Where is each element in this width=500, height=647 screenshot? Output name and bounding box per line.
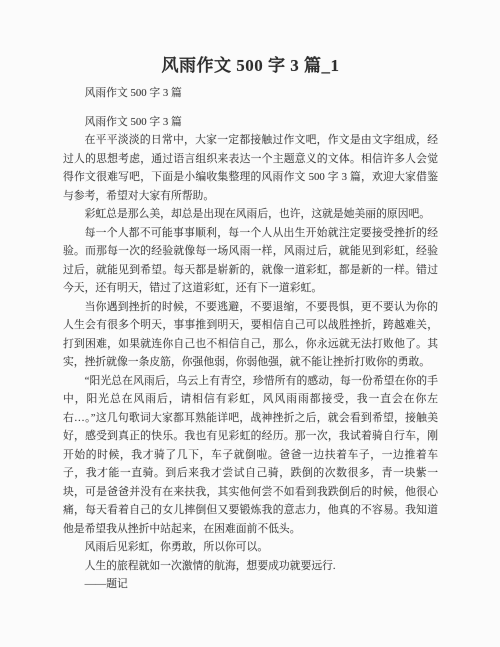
essay-intro-paragraph: 在平平淡淡的日常中，大家一定都接触过作文吧，作文是由文字组成，经过人的思想考虑，… xyxy=(63,131,438,205)
document-title: 风雨作文 500 字 3 篇_1 xyxy=(63,56,438,76)
essay-paragraph-experience: 每一个人都不可能事事顺利，每一个人从出生开始就注定要接受挫折的经验。而那每一次的… xyxy=(63,224,438,298)
essay-paragraph-brave: 风雨后见彩虹，你勇敢，所以你可以。 xyxy=(63,538,438,557)
essay-epigraph: ——题记 xyxy=(63,575,438,594)
document-page: 风雨作文 500 字 3 篇_1 风雨作文 500 字 3 篇 风雨作文 500… xyxy=(0,0,500,647)
essay-paragraph-voyage: 人生的旅程就如一次激情的航海，想要成功就要远行. xyxy=(63,557,438,576)
essay-paragraph-setback: 当你遇到挫折的时候，不要逃避，不要退缩，不要畏惧，更不要认为你的人生会有很多个明… xyxy=(63,298,438,372)
essay-paragraph-rainbow: 彩虹总是那么美，却总是出现在风雨后，也许，这就是她美丽的原因吧。 xyxy=(63,205,438,224)
document-subtitle-line-2: 风雨作文 500 字 3 篇 xyxy=(63,113,438,132)
essay-paragraph-song-bike: “阳光总在风雨后，乌云上有青空，珍惜所有的感动，每一份希望在你的手中，阳光总在风… xyxy=(63,372,438,539)
document-subtitle-line-1: 风雨作文 500 字 3 篇 xyxy=(63,84,438,103)
